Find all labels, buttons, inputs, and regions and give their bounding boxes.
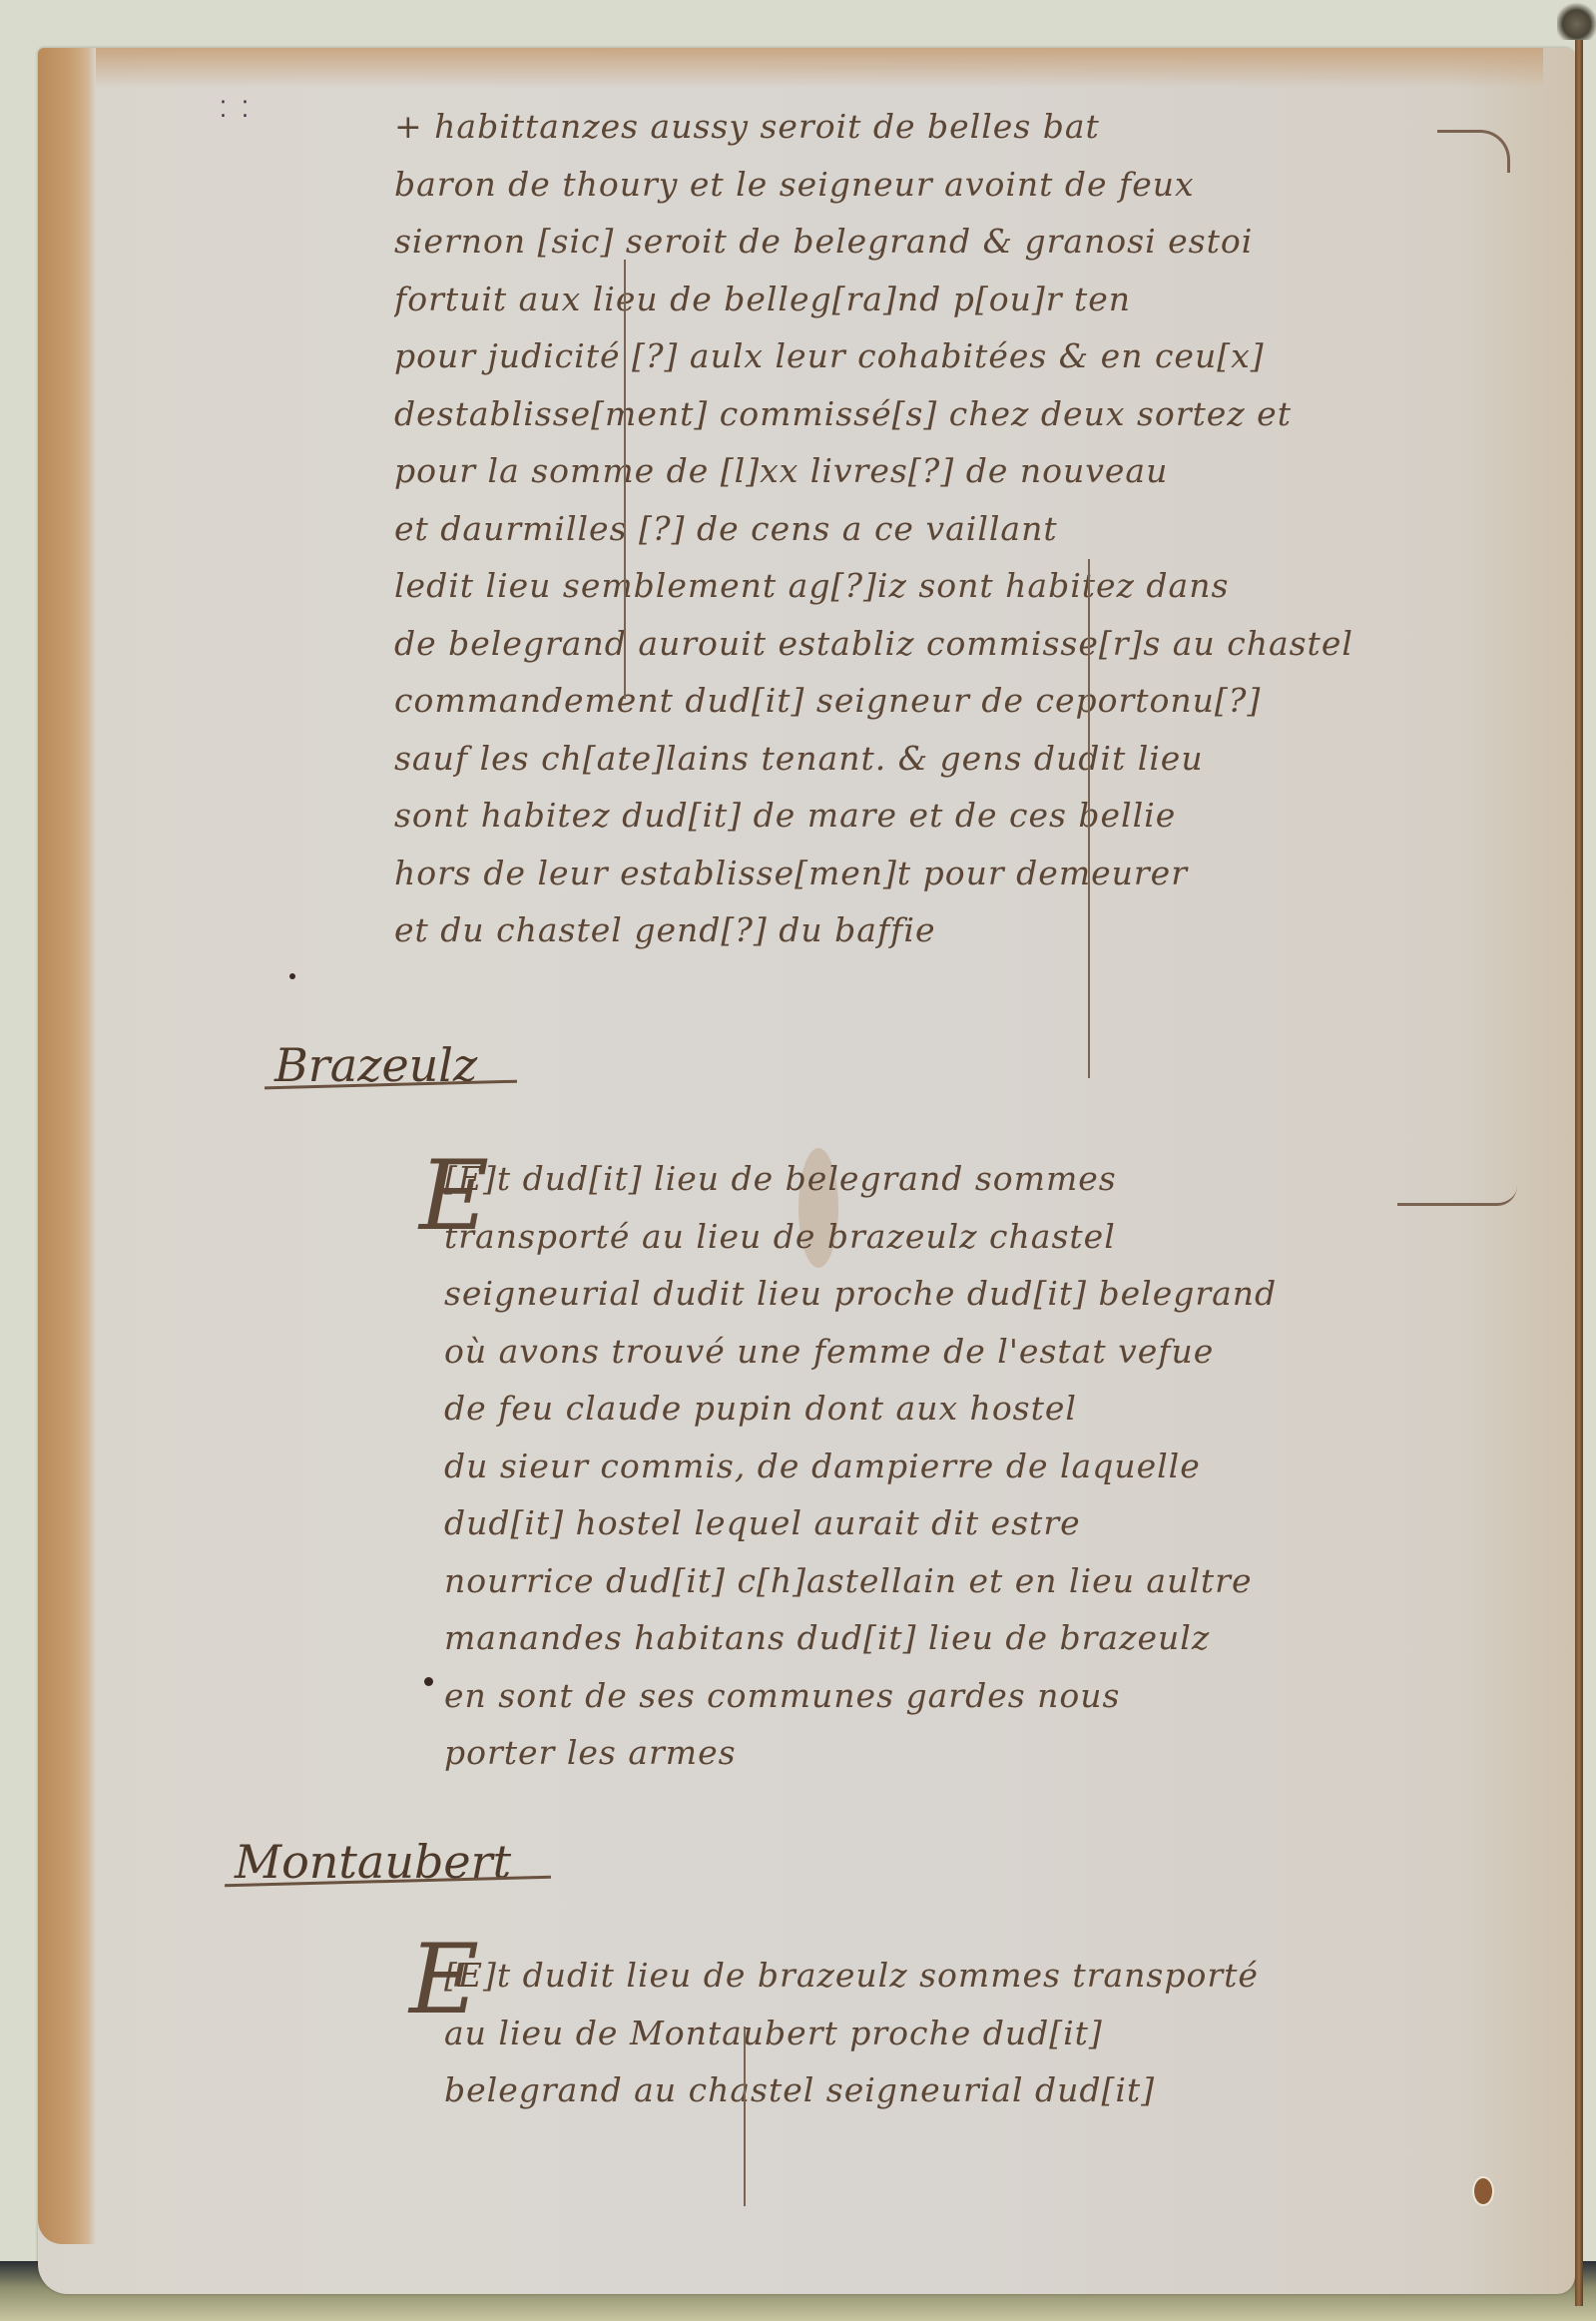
text-line: seigneurial dudit lieu proche dud[it] be… [444, 1265, 1532, 1323]
text-line: porter les armes [444, 1724, 1532, 1782]
paper-hole [1472, 2176, 1494, 2206]
pen-descender-stroke [1088, 559, 1096, 1078]
pen-flourish [1437, 130, 1510, 173]
text-line: et daurmilles [?] de cens a ce vaillant [394, 500, 1532, 558]
section-heading-brazeulz: Brazeulz [274, 1038, 477, 1092]
page-binding-edge [1575, 40, 1583, 2306]
text-line: destablisse[ment] commissé[s] chez deux … [394, 385, 1532, 443]
binding-thread-icon [1557, 0, 1596, 40]
text-line: fortuit aux lieu de belleg[ra]nd p[ou]r … [394, 271, 1532, 328]
text-line: [E]t dud[it] lieu de belegrand sommes [444, 1150, 1532, 1208]
left-margin-stain [38, 48, 96, 2244]
text-line: + habittanzes aussy seroit de belles bat [394, 98, 1532, 156]
text-line: où avons trouvé une femme de l'estat vef… [444, 1323, 1532, 1381]
text-line: de feu claude pupin dont aux hostel [444, 1380, 1532, 1438]
section-montaubert: [E]t dudit lieu de brazeulz sommes trans… [444, 1947, 1532, 2119]
text-line: pour judicité [?] aulx leur cohabitées &… [394, 327, 1532, 385]
pen-flourish [1397, 1183, 1517, 1206]
text-line: belegrand au chastel seigneurial dud[it] [444, 2061, 1532, 2119]
ink-dot [424, 1677, 433, 1686]
text-line: sont habitez dud[it] de mare et de ces b… [394, 787, 1532, 845]
ink-dot [289, 973, 295, 979]
text-line: baron de thoury et le seigneur avoint de… [394, 156, 1532, 214]
text-line: dud[it] hostel lequel aurait dit estre [444, 1494, 1532, 1552]
section-continuation: + habittanzes aussy seroit de belles bat… [394, 98, 1532, 959]
text-line: pour la somme de [l]xx livres[?] de nouv… [394, 442, 1532, 500]
section-heading-montaubert: Montaubert [235, 1835, 511, 1889]
text-line: au lieu de Montaubert proche dud[it] [444, 2005, 1532, 2062]
text-line: sauf les ch[ate]lains tenant. & gens dud… [394, 730, 1532, 788]
text-line: ledit lieu semblement ag[?]iz sont habit… [394, 557, 1532, 615]
text-line: siernon [sic] seroit de belegrand & gran… [394, 213, 1532, 271]
text-line: en sont de ses communes gardes nous [444, 1667, 1532, 1725]
text-line: du sieur commis, de dampierre de laquell… [444, 1438, 1532, 1495]
text-line: [E]t dudit lieu de brazeulz sommes trans… [444, 1947, 1532, 2005]
text-line: nourrice dud[it] c[h]astellain et en lie… [444, 1552, 1532, 1610]
text-line: commandement dud[it] seigneur de ceporto… [394, 672, 1532, 730]
corner-mark: ⁚ ⁚ [220, 100, 253, 122]
text-line: transporté au lieu de brazeulz chastel [444, 1208, 1532, 1266]
text-line: manandes habitans dud[it] lieu de brazeu… [444, 1609, 1532, 1667]
text-line: hors de leur establisse[men]t pour demeu… [394, 845, 1532, 902]
pen-descender-stroke [744, 2027, 752, 2206]
text-line: et du chastel gend[?] du baffie [394, 901, 1532, 959]
top-edge-stain [96, 48, 1543, 88]
text-line: de belegrand aurouit establiz commisse[r… [394, 615, 1532, 673]
section-brazeulz: [E]t dud[it] lieu de belegrand sommes tr… [444, 1150, 1532, 1782]
pen-descender-stroke [624, 260, 632, 699]
